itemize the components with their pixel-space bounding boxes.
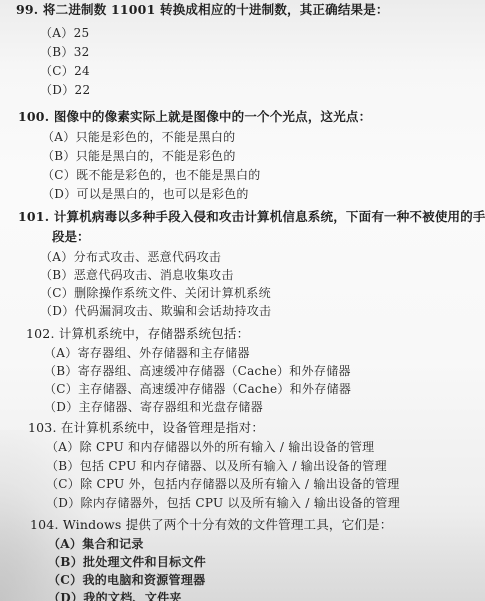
question-text: Windows 提供了两个十分有效的文件管理工具，它们是： bbox=[63, 517, 393, 532]
option-text: 主存储器、寄存器组和光盘存储器 bbox=[79, 400, 264, 414]
question-number: 99. bbox=[16, 2, 38, 17]
option-text: 代码漏洞攻击、欺骗和会话劫持攻击 bbox=[75, 304, 272, 318]
question-number: 101. bbox=[18, 209, 49, 224]
question-number: 102. bbox=[26, 326, 55, 341]
option-c: （C）我的电脑和资源管理器 bbox=[48, 573, 205, 587]
option-text: 25 bbox=[74, 26, 90, 40]
question-stem: 100. 图像中的像素实际上就是图像中的一个个光点，这光点： bbox=[18, 110, 371, 124]
option-text: 包括 CPU 和内存储器、以及所有输入 / 输出设备的管理 bbox=[80, 459, 387, 473]
option-label: （C） bbox=[40, 64, 74, 78]
option-text: 只能是彩色的，不能是黑白的 bbox=[76, 130, 236, 144]
option-b: （B）只能是黑白的，不能是彩色的 bbox=[42, 149, 236, 163]
option-label: （B） bbox=[44, 364, 78, 378]
option-text: 寄存器组、高速缓冲存储器（Cache）和外存储器 bbox=[78, 364, 351, 378]
question-number: 100. bbox=[18, 109, 49, 124]
question-text: 计算机病毒以多种手段入侵和攻击计算机信息系统，下面有一种不被使用的手 bbox=[54, 209, 485, 224]
option-a: （A）集合和记录 bbox=[48, 537, 144, 551]
option-text: 我的文档、文件夹 bbox=[83, 591, 181, 601]
option-label: （A） bbox=[40, 26, 74, 40]
option-text: 只能是黑白的，不能是彩色的 bbox=[76, 149, 236, 163]
option-c: （C）既不能是彩色的，也不能是黑白的 bbox=[42, 168, 261, 182]
option-c: （C）除 CPU 外，包括内存储器以及所有输入 / 输出设备的管理 bbox=[46, 477, 400, 491]
option-d: （D）除内存储器外，包括 CPU 以及所有输入 / 输出设备的管理 bbox=[46, 496, 400, 510]
option-text: 分布式攻击、恶意代码攻击 bbox=[74, 250, 222, 264]
option-label: （C） bbox=[40, 286, 74, 300]
option-b: （B）包括 CPU 和内存储器、以及所有输入 / 输出设备的管理 bbox=[46, 459, 387, 473]
option-b: （B）32 bbox=[40, 45, 90, 59]
option-label: （C） bbox=[46, 477, 80, 491]
question-text: 图像中的像素实际上就是图像中的一个个光点，这光点： bbox=[54, 109, 372, 124]
question-number: 103. bbox=[28, 420, 57, 435]
option-label: （B） bbox=[40, 45, 74, 59]
option-text: 既不能是彩色的，也不能是黑白的 bbox=[76, 168, 261, 182]
option-text: 22 bbox=[75, 83, 91, 97]
option-c: （C）主存储器、高速缓冲存储器（Cache）和外存储器 bbox=[44, 382, 351, 396]
option-label: （D） bbox=[40, 304, 75, 318]
question-stem: 99. 将二进制数 11001 转换成相应的十进制数，其正确结果是： bbox=[16, 3, 389, 17]
option-label: （C） bbox=[42, 168, 76, 182]
option-label: （A） bbox=[40, 250, 74, 264]
option-label: （B） bbox=[46, 459, 80, 473]
option-text: 32 bbox=[74, 45, 90, 59]
option-text: 主存储器、高速缓冲存储器（Cache）和外存储器 bbox=[78, 382, 351, 396]
option-text: 批处理文件和目标文件 bbox=[83, 555, 206, 569]
question-text: 在计算机系统中，设备管理是指对： bbox=[61, 420, 264, 435]
option-label: （B） bbox=[40, 268, 74, 282]
option-text: 除 CPU 外，包括内存储器以及所有输入 / 输出设备的管理 bbox=[80, 477, 399, 491]
question-stem: 102. 计算机系统中，存储器系统包括： bbox=[26, 327, 249, 341]
option-d: （D）22 bbox=[40, 83, 90, 97]
option-b: （B）批处理文件和目标文件 bbox=[48, 555, 206, 569]
exam-page: 99. 将二进制数 11001 转换成相应的十进制数，其正确结果是： （A）25… bbox=[0, 0, 485, 601]
option-label: （A） bbox=[42, 130, 76, 144]
option-text: 24 bbox=[74, 64, 90, 78]
option-label: （A） bbox=[46, 440, 80, 454]
question-text: 将二进制数 11001 转换成相应的十进制数，其正确结果是： bbox=[43, 2, 389, 17]
question-number: 104. bbox=[30, 517, 59, 532]
option-text: 可以是黑白的，也可以是彩色的 bbox=[77, 187, 249, 201]
option-text: 除 CPU 和内存储器以外的所有输入 / 输出设备的管理 bbox=[80, 440, 375, 454]
option-label: （A） bbox=[44, 346, 78, 360]
option-label: （C） bbox=[48, 573, 82, 587]
option-c: （C）删除操作系统文件、关闭计算机系统 bbox=[40, 286, 271, 300]
option-d: （D）主存储器、寄存器组和光盘存储器 bbox=[44, 400, 263, 414]
option-label: （D） bbox=[46, 496, 81, 510]
option-label: （D） bbox=[48, 591, 83, 601]
option-text: 集合和记录 bbox=[82, 537, 144, 551]
option-d: （D）可以是黑白的，也可以是彩色的 bbox=[42, 187, 249, 201]
question-stem: 103. 在计算机系统中，设备管理是指对： bbox=[28, 421, 264, 435]
question-stem: 104. Windows 提供了两个十分有效的文件管理工具，它们是： bbox=[30, 518, 392, 532]
option-label: （D） bbox=[42, 187, 77, 201]
option-a: （A）只能是彩色的，不能是黑白的 bbox=[42, 130, 235, 144]
option-text: 寄存器组、外存储器和主存储器 bbox=[78, 346, 250, 360]
question-stem-continued: 段是： bbox=[52, 230, 90, 244]
option-c: （C）24 bbox=[40, 64, 90, 78]
option-a: （A）除 CPU 和内存储器以外的所有输入 / 输出设备的管理 bbox=[46, 440, 374, 454]
question-text: 计算机系统中，存储器系统包括： bbox=[59, 326, 250, 341]
option-a: （A）分布式攻击、恶意代码攻击 bbox=[40, 250, 221, 264]
option-d: （D）代码漏洞攻击、欺骗和会话劫持攻击 bbox=[40, 304, 271, 318]
option-a: （A）25 bbox=[40, 26, 89, 40]
option-text: 我的电脑和资源管理器 bbox=[82, 573, 205, 587]
option-label: （C） bbox=[44, 382, 78, 396]
option-label: （A） bbox=[48, 537, 82, 551]
option-b: （B）寄存器组、高速缓冲存储器（Cache）和外存储器 bbox=[44, 364, 351, 378]
option-a: （A）寄存器组、外存储器和主存储器 bbox=[44, 346, 250, 360]
option-label: （B） bbox=[42, 149, 76, 163]
question-stem: 101. 计算机病毒以多种手段入侵和攻击计算机信息系统，下面有一种不被使用的手 bbox=[18, 210, 485, 224]
option-label: （D） bbox=[44, 400, 79, 414]
option-b: （B）恶意代码攻击、消息收集攻击 bbox=[40, 268, 234, 282]
option-text: 除内存储器外，包括 CPU 以及所有输入 / 输出设备的管理 bbox=[81, 496, 400, 510]
option-d: （D）我的文档、文件夹 bbox=[48, 591, 182, 601]
option-text: 删除操作系统文件、关闭计算机系统 bbox=[74, 286, 271, 300]
option-text: 恶意代码攻击、消息收集攻击 bbox=[74, 268, 234, 282]
option-label: （B） bbox=[48, 555, 83, 569]
option-label: （D） bbox=[40, 83, 75, 97]
